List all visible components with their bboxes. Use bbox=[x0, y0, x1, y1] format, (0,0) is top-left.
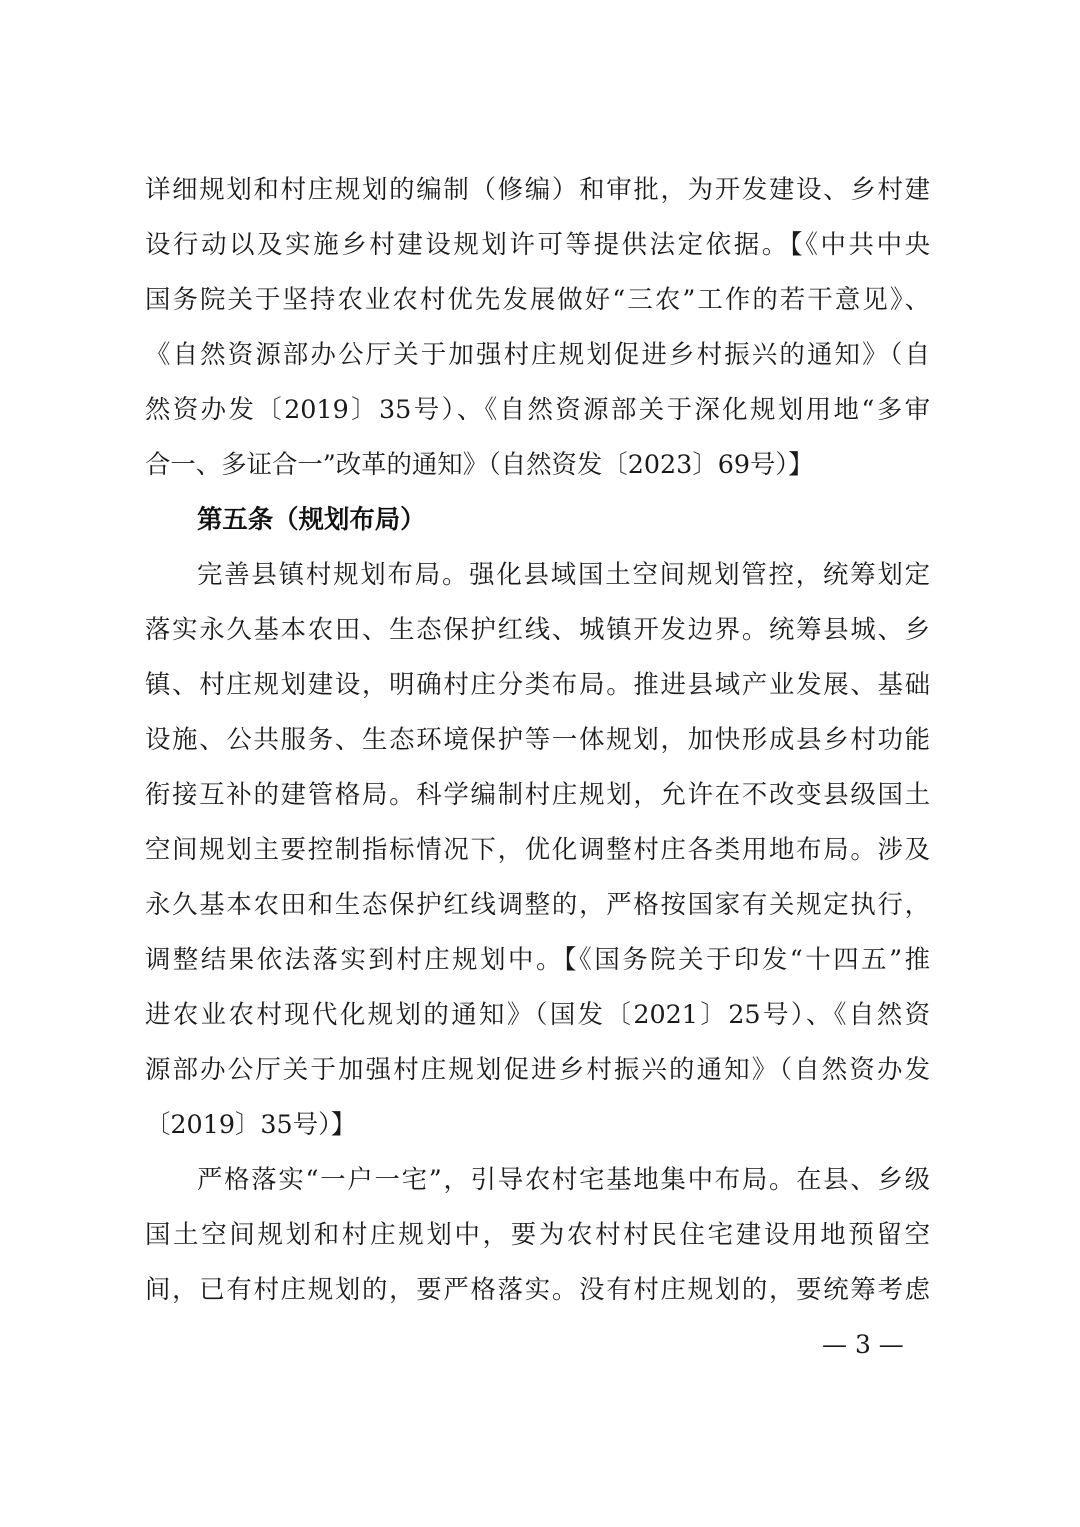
paragraph-1-line-2: 设行动以及实施乡村建设规划许可等提供法定依据。【《中共中央 bbox=[145, 224, 930, 264]
paragraph-3-line-3: 间，已有村庄规划的，要严格落实。没有村庄规划的，要统筹考虑 bbox=[145, 1269, 930, 1309]
paragraph-2-line-7: 永久基本农田和生态保护红线调整的，严格按国家有关规定执行， bbox=[145, 884, 930, 924]
paragraph-3-line-1: 严格落实“一户一宅”，引导农村宅基地集中布局。在县、乡级 bbox=[197, 1159, 930, 1199]
paragraph-2-line-6: 空间规划主要控制指标情况下，优化调整村庄各类用地布局。涉及 bbox=[145, 829, 930, 869]
document-page: 详细规划和村庄规划的编制（修编）和审批，为开发建设、乡村建 设行动以及实施乡村建… bbox=[0, 0, 1080, 1527]
paragraph-3-line-2: 国土空间规划和村庄规划中，要为农村村民住宅建设用地预留空 bbox=[145, 1214, 930, 1254]
paragraph-2-line-5: 衔接互补的建管格局。科学编制村庄规划，允许在不改变县级国土 bbox=[145, 774, 930, 814]
paragraph-2-line-9: 进农业农村现代化规划的通知》（国发〔2021〕25号）、《自然资 bbox=[145, 994, 930, 1034]
paragraph-1-line-6: 合一、多证合一”改革的通知》（自然资发〔2023〕69号）】 bbox=[145, 444, 930, 484]
paragraph-2-line-2: 落实永久基本农田、生态保护红线、城镇开发边界。统筹县城、乡 bbox=[145, 609, 930, 649]
page-number: — 3 — bbox=[822, 1325, 904, 1365]
paragraph-2-line-4: 设施、公共服务、生态环境保护等一体规划，加快形成县乡村功能 bbox=[145, 719, 930, 759]
paragraph-2-line-11: 〔2019〕35号）】 bbox=[145, 1104, 930, 1144]
paragraph-1-line-1: 详细规划和村庄规划的编制（修编）和审批，为开发建设、乡村建 bbox=[145, 169, 930, 209]
paragraph-1-line-5: 然资办发〔2019〕35号）、《自然资源部关于深化规划用地“多审 bbox=[145, 389, 930, 429]
paragraph-2-line-1: 完善县镇村规划布局。强化县域国土空间规划管控，统筹划定 bbox=[197, 554, 930, 594]
paragraph-2-line-8: 调整结果依法落实到村庄规划中。【《国务院关于印发“十四五”推 bbox=[145, 939, 930, 979]
paragraph-2-line-3: 镇、村庄规划建设，明确村庄分类布局。推进县域产业发展、基础 bbox=[145, 664, 930, 704]
paragraph-1-line-4: 《自然资源部办公厅关于加强村庄规划促进乡村振兴的通知》（自 bbox=[145, 334, 930, 374]
section-heading: 第五条（规划布局） bbox=[197, 499, 426, 539]
paragraph-1-line-3: 国务院关于坚持农业农村优先发展做好“三农”工作的若干意见》、 bbox=[145, 279, 930, 319]
paragraph-2-line-10: 源部办公厅关于加强村庄规划促进乡村振兴的通知》（自然资办发 bbox=[145, 1049, 930, 1089]
